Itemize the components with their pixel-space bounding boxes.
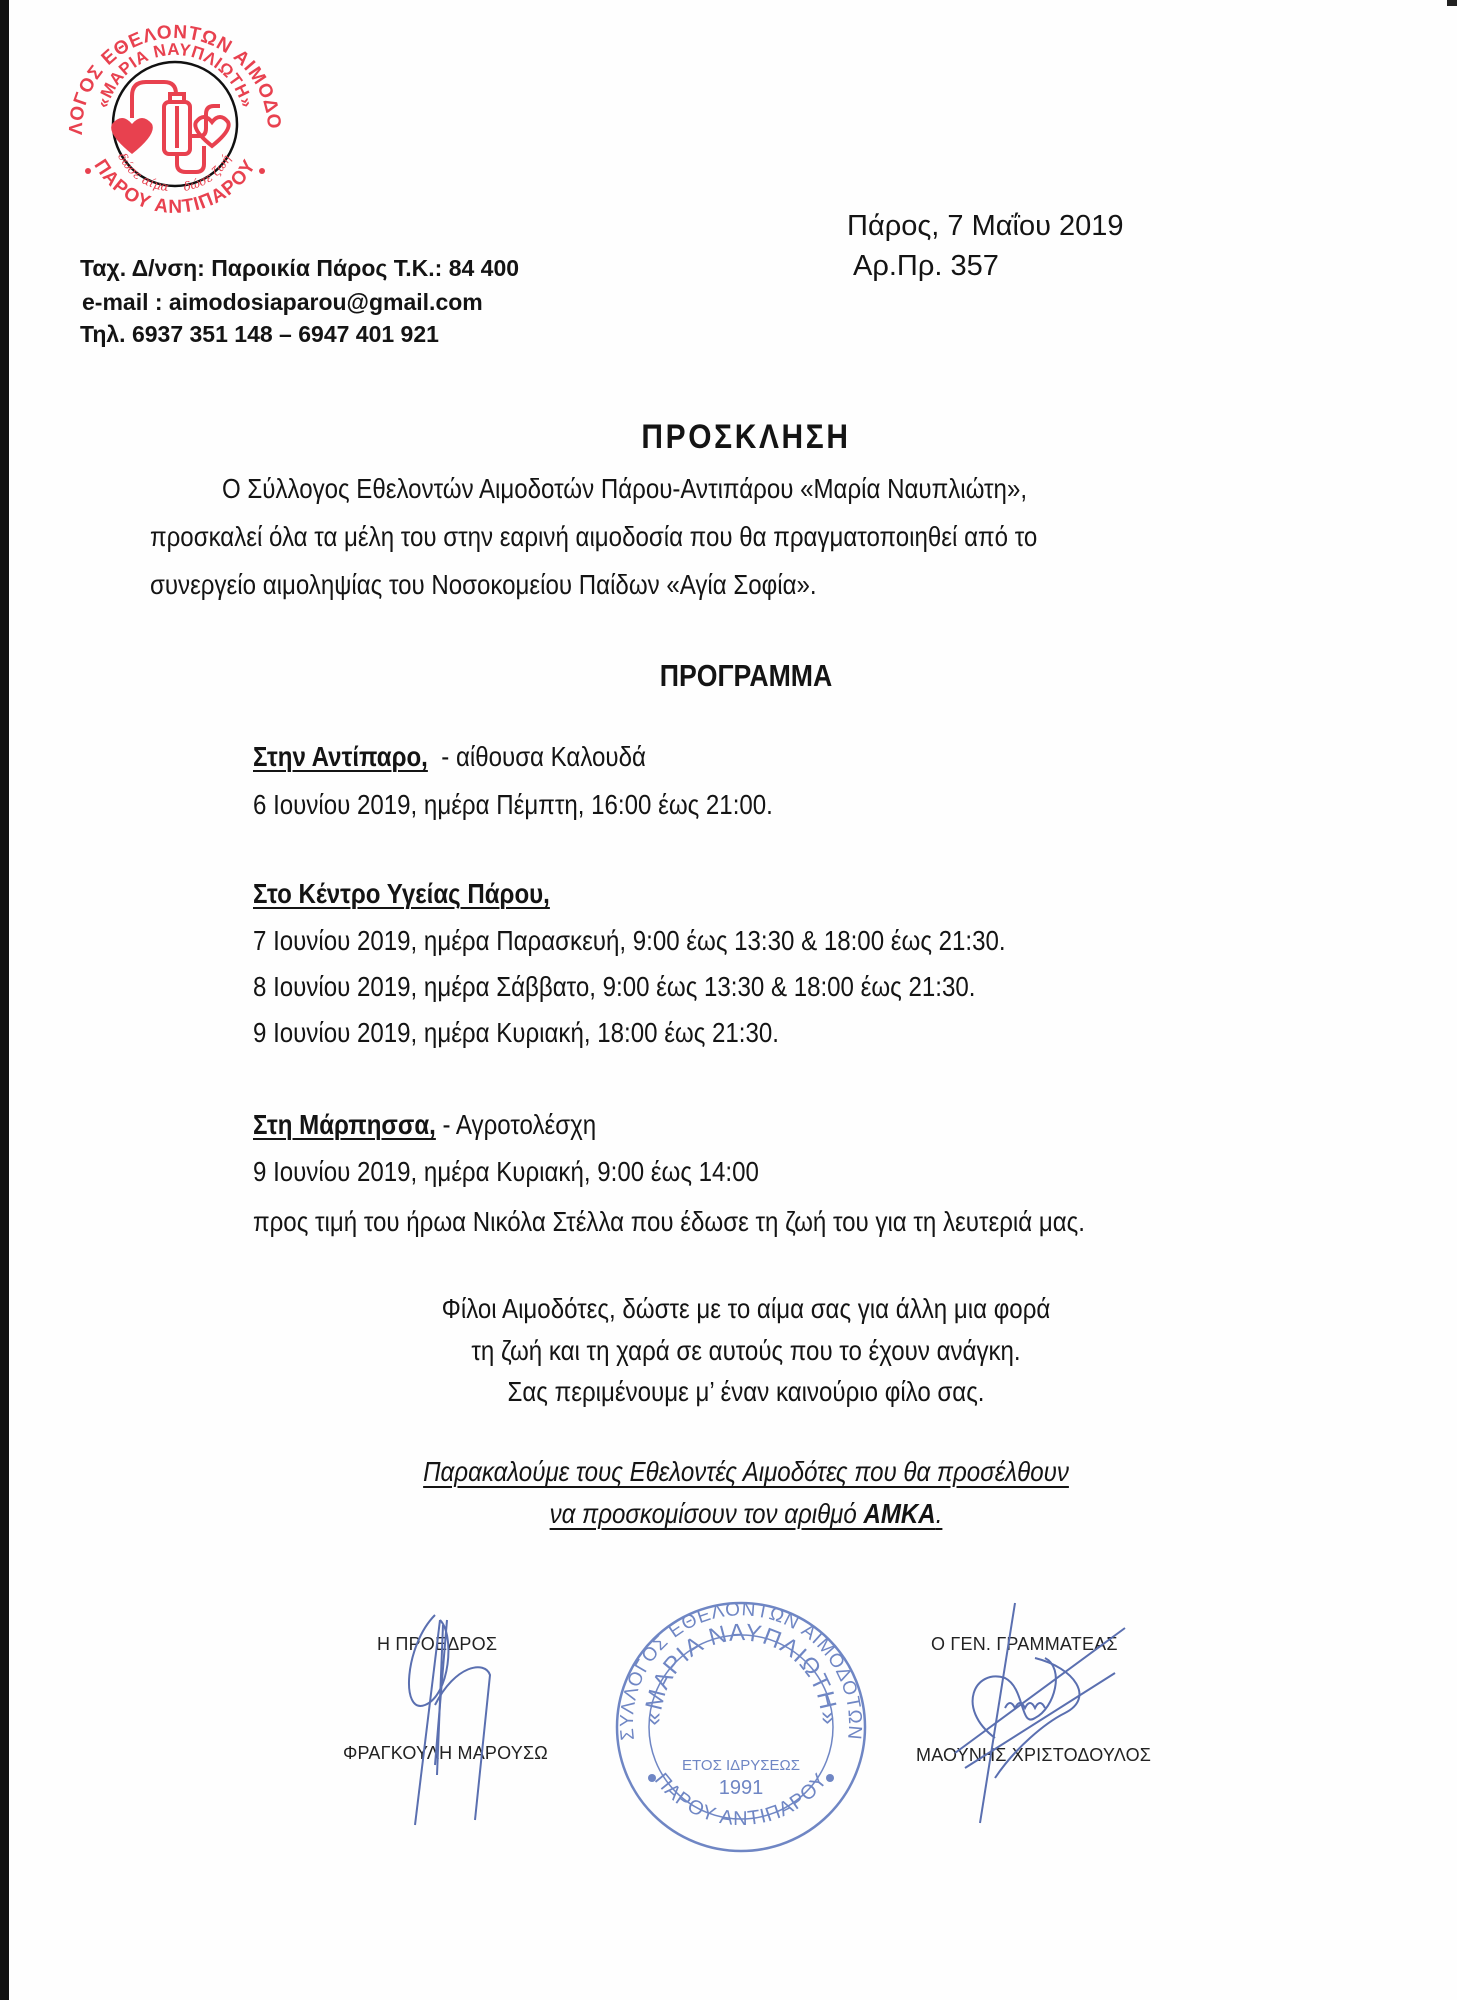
schedule-marpissa-line-1: 9 Ιουνίου 2019, ημέρα Κυριακή, 9:00 έως … xyxy=(253,1158,759,1186)
amka-notice-line-1: Παρακαλούμε τους Εθελοντές Αιμοδότες που… xyxy=(423,1458,1069,1486)
association-logo: ΣΥΛΛΟΓΟΣ ΕΘΕΛΟΝΤΩΝ ΑΙΜΟΔΟΤΩΝ «ΜΑΡΙΑ ΝΑΥΠ… xyxy=(60,6,290,236)
contact-phone: Τηλ. 6937 351 148 – 6947 401 921 xyxy=(80,323,439,346)
stamp-founded-label: ΕΤΟΣ ΙΔΡΥΣΕΩΣ xyxy=(682,1757,800,1774)
stamp-founded-year: 1991 xyxy=(719,1777,764,1799)
scan-corner xyxy=(1447,0,1457,6)
document-page: ΣΥΛΛΟΓΟΣ ΕΘΕΛΟΝΤΩΝ ΑΙΜΟΔΟΤΩΝ «ΜΑΡΙΑ ΝΑΥΠ… xyxy=(0,0,1457,2000)
schedule-paros-header: Στο Κέντρο Υγείας Πάρου, xyxy=(253,880,550,908)
schedule-paros-line-2: 8 Ιουνίου 2019, ημέρα Σάββατο, 9:00 έως … xyxy=(253,973,975,1001)
closing-line-3: Σας περιμένουμε μ’ έναν καινούριο φίλο σ… xyxy=(507,1378,984,1406)
logo-top-text: ΣΥΛΛΟΓΟΣ ΕΘΕΛΟΝΤΩΝ ΑΙΜΟΔΟΤΩΝ xyxy=(60,6,284,135)
amka-notice-line-2: να προσκομίσουν τον αριθμό ΑΜΚΑ. xyxy=(550,1500,943,1528)
closing-line-1: Φίλοι Αιμοδότες, δώστε με το αίμα σας γι… xyxy=(442,1295,1051,1323)
contact-address: Ταχ. Δ/νση: Παροικία Πάρος Τ.Κ.: 84 400 xyxy=(80,257,519,280)
location-antiparos: Στην Αντίπαρο, xyxy=(253,741,428,772)
intro-line-3: συνεργείο αιμοληψίας του Νοσοκομείου Παί… xyxy=(150,571,817,599)
official-stamp: ΣΥΛΛΟΓΟΣ ΕΘΕΛΟΝΤΩΝ ΑΙΜΟΔΟΤΩΝ «ΜΑΡΙΑ ΝΑΥΠ… xyxy=(612,1598,870,1856)
program-heading: ΠΡΟΓΡΑΜΜΑ xyxy=(660,658,833,694)
svg-text:ΣΥΛΛΟΓΟΣ ΕΘΕΛΟΝΤΩΝ ΑΙΜΟΔΟΤΩΝ: ΣΥΛΛΟΓΟΣ ΕΘΕΛΟΝΤΩΝ ΑΙΜΟΔΟΤΩΝ xyxy=(60,6,284,135)
schedule-antiparos-header: Στην Αντίπαρο, - αίθουσα Καλουδά xyxy=(253,743,646,771)
amka-label: ΑΜΚΑ xyxy=(863,1498,935,1529)
venue-marpissa: - Αγροτολέσχη xyxy=(436,1109,596,1140)
schedule-marpissa-header: Στη Μάρπησσα, - Αγροτολέσχη xyxy=(253,1111,596,1139)
location-paros-health-center: Στο Κέντρο Υγείας Πάρου, xyxy=(253,878,550,909)
scan-edge xyxy=(0,0,9,2000)
president-signature xyxy=(395,1605,515,1835)
amka-notice-suffix: . xyxy=(936,1498,943,1529)
document-title: ΠΡΟΣΚΛΗΣΗ xyxy=(90,418,1403,457)
protocol-number: Αρ.Πρ. 357 xyxy=(853,252,999,281)
location-marpissa: Στη Μάρπησσα, xyxy=(253,1109,436,1140)
closing-line-2: τη ζωή και τη χαρά σε αυτούς που το έχου… xyxy=(471,1337,1020,1365)
place-date: Πάρος, 7 Μαΐου 2019 xyxy=(847,212,1124,241)
contact-email[interactable]: e-mail : aimodosiaparou@gmail.com xyxy=(82,291,483,314)
amka-notice-prefix: να προσκομίσουν τον αριθμό xyxy=(550,1498,864,1529)
venue-antiparos: - αίθουσα Καλουδά xyxy=(428,741,646,772)
secretary-signature xyxy=(935,1598,1135,1828)
schedule-paros-line-3: 9 Ιουνίου 2019, ημέρα Κυριακή, 18:00 έως… xyxy=(253,1019,779,1047)
intro-line-2: προσκαλεί όλα τα μέλη του στην εαρινή αι… xyxy=(150,523,1037,551)
intro-line-1: Ο Σύλλογος Εθελοντών Αιμοδοτών Πάρου-Αντ… xyxy=(222,475,1027,503)
schedule-marpissa-line-2: προς τιμή του ήρωα Νικόλα Στέλλα που έδω… xyxy=(253,1208,1085,1236)
schedule-antiparos-line-1: 6 Ιουνίου 2019, ημέρα Πέμπτη, 16:00 έως … xyxy=(253,791,773,819)
schedule-paros-line-1: 7 Ιουνίου 2019, ημέρα Παρασκευή, 9:00 έω… xyxy=(253,927,1006,955)
